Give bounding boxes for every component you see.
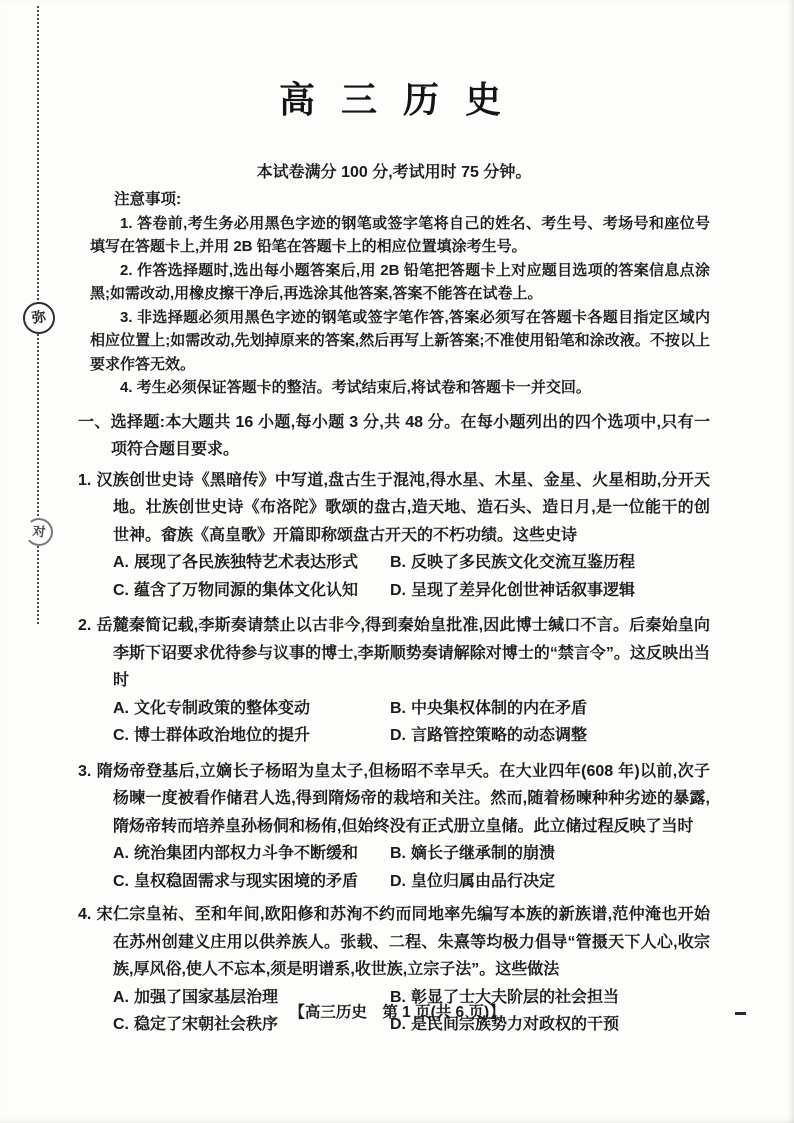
option-C: C.皇权稳固需求与现实困境的矛盾: [113, 868, 390, 896]
options-grid: A.文化专制政策的整体变动 B.中央集权体制的内在矛盾 C.博士群体政治地位的提…: [113, 695, 710, 750]
option-text: 展现了各民族独特艺术表达形式: [134, 554, 358, 571]
option-label: A.: [113, 700, 129, 717]
option-label: C.: [113, 873, 129, 890]
option-text: 嫡长子继承制的崩溃: [411, 845, 555, 862]
margin-seal-2: 对: [24, 517, 55, 548]
option-label: D.: [390, 873, 406, 890]
option-text: 皇权稳固需求与现实困境的矛盾: [134, 873, 358, 890]
option-label: C.: [113, 582, 129, 599]
option-text: 言路管控策略的动态调整: [411, 727, 587, 744]
option-label: D.: [390, 582, 406, 599]
option-label: B.: [390, 700, 406, 717]
option-A: A.统治集团内部权力斗争不断缓和: [113, 840, 390, 868]
page-footer: 【高三历史 第 1 页(共 6 页)】: [0, 1000, 794, 1022]
question-1: 1.汉族创世史诗《黑暗传》中写道,盘古生于混沌,得水星、木星、金星、火星相助,分…: [78, 467, 710, 605]
scan-artifact-dash: [735, 1012, 746, 1015]
option-C: C.蕴含了万物同源的集体文化认知: [113, 577, 390, 605]
option-A: A.展现了各民族独特艺术表达形式: [113, 549, 390, 577]
question-stem-text: 岳麓秦简记载,李斯奏请禁止以古非今,得到秦始皇批准,因此博士缄口不言。后秦始皇向…: [96, 617, 710, 689]
question-number: 2.: [78, 617, 91, 634]
exam-paper-page: 弥 对 高 三 历 史 本试卷满分 100 分,考试用时 75 分钟。 注意事项…: [0, 0, 794, 1123]
question-stem-text: 汉族创世史诗《黑暗传》中写道,盘古生于混沌,得水星、木星、金星、火星相助,分开天…: [96, 472, 710, 544]
question-stem: 3.隋炀帝登基后,立嫡长子杨昭为皇太子,但杨昭不幸早夭。在大业四年(608 年)…: [78, 758, 710, 841]
option-B: B.中央集权体制的内在矛盾: [390, 695, 710, 723]
option-label: A.: [113, 845, 129, 862]
option-text: 皇位归属由品行决定: [411, 873, 555, 890]
notice-item-4: 4. 考生必须保证答题卡的整洁。考试结束后,将试卷和答题卡一并交回。: [90, 376, 710, 400]
notice-item-2: 2. 作答选择题时,选出每小题答案后,用 2B 铅笔把答题卡上对应题目选项的答案…: [90, 259, 710, 306]
option-A: A.文化专制政策的整体变动: [113, 695, 390, 723]
option-D: D.皇位归属由品行决定: [390, 868, 710, 896]
question-stem-text: 隋炀帝登基后,立嫡长子杨昭为皇太子,但杨昭不幸早夭。在大业四年(608 年)以前…: [96, 763, 710, 835]
option-label: B.: [390, 845, 406, 862]
question-3: 3.隋炀帝登基后,立嫡长子杨昭为皇太子,但杨昭不幸早夭。在大业四年(608 年)…: [78, 758, 710, 896]
section-heading: 一、选择题:本大题共 16 小题,每小题 3 分,共 48 分。在每小题列出的四…: [78, 409, 710, 464]
option-text: 反映了多民族文化交流互鉴历程: [411, 554, 635, 571]
option-label: C.: [113, 727, 129, 744]
option-text: 统治集团内部权力斗争不断缓和: [134, 845, 358, 862]
option-text: 中央集权体制的内在矛盾: [411, 700, 587, 717]
question-stem: 2.岳麓秦简记载,李斯奏请禁止以古非今,得到秦始皇批准,因此博士缄口不言。后秦始…: [78, 612, 710, 695]
option-text: 蕴含了万物同源的集体文化认知: [134, 582, 358, 599]
question-number: 3.: [78, 763, 91, 780]
page-title: 高 三 历 史: [78, 72, 710, 123]
option-label: D.: [390, 727, 406, 744]
question-stem: 4.宋仁宗皇祐、至和年间,欧阳修和苏洵不约而同地率先编写本族的新族谱,范仲淹也开…: [78, 901, 710, 984]
exam-subtitle: 本试卷满分 100 分,考试用时 75 分钟。: [78, 159, 710, 182]
option-label: B.: [390, 554, 406, 571]
question-number: 1.: [78, 472, 91, 489]
option-C: C.博士群体政治地位的提升: [113, 722, 390, 750]
option-label: A.: [113, 554, 129, 571]
option-text: 呈现了差异化创世神话叙事逻辑: [411, 582, 635, 599]
question-stem: 1.汉族创世史诗《黑暗传》中写道,盘古生于混沌,得水星、木星、金星、火星相助,分…: [78, 467, 710, 550]
notice-item-1: 1. 答卷前,考生务必用黑色字迹的钢笔或签字笔将自己的姓名、考生号、考场号和座位…: [90, 212, 710, 259]
question-number: 4.: [78, 906, 91, 923]
notice-heading: 注意事项:: [114, 188, 710, 212]
notice-item-3: 3. 非选择题必须用黑色字迹的钢笔或签字笔作答,答案必须写在答题卡各题目指定区域…: [90, 306, 710, 377]
option-B: B.嫡长子继承制的崩溃: [390, 840, 710, 868]
question-stem-text: 宋仁宗皇祐、至和年间,欧阳修和苏洵不约而同地率先编写本族的新族谱,范仲淹也开始在…: [96, 906, 710, 978]
option-B: B.反映了多民族文化交流互鉴历程: [390, 549, 710, 577]
option-text: 博士群体政治地位的提升: [134, 727, 310, 744]
option-D: D.言路管控策略的动态调整: [390, 722, 710, 750]
option-D: D.呈现了差异化创世神话叙事逻辑: [390, 577, 710, 605]
option-text: 文化专制政策的整体变动: [134, 700, 310, 717]
question-2: 2.岳麓秦简记载,李斯奏请禁止以古非今,得到秦始皇批准,因此博士缄口不言。后秦始…: [78, 612, 710, 750]
options-grid: A.统治集团内部权力斗争不断缓和 B.嫡长子继承制的崩溃 C.皇权稳固需求与现实…: [113, 840, 710, 895]
page-content: 高 三 历 史 本试卷满分 100 分,考试用时 75 分钟。 注意事项: 1.…: [78, 0, 710, 1039]
notice-section: 注意事项: 1. 答卷前,考生务必用黑色字迹的钢笔或签字笔将自己的姓名、考生号、…: [78, 188, 710, 400]
binding-margin-dotted-line: 弥 对: [37, 6, 39, 624]
options-grid: A.展现了各民族独特艺术表达形式 B.反映了多民族文化交流互鉴历程 C.蕴含了万…: [113, 549, 710, 604]
margin-seal-1: 弥: [21, 300, 57, 336]
